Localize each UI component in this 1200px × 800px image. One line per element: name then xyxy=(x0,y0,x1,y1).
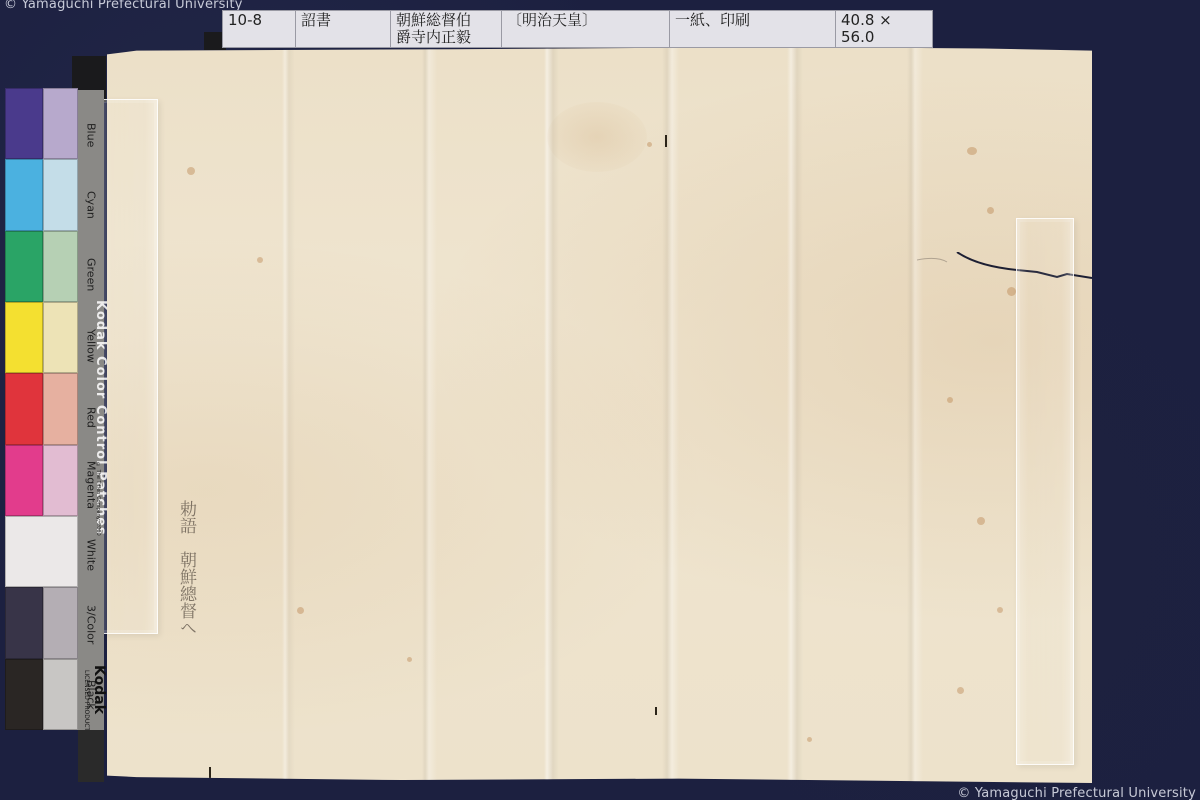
foxing-spot xyxy=(967,147,977,155)
catalog-format: 一紙、印刷 xyxy=(670,11,836,48)
catalog-size: 40.8 × 56.0 xyxy=(836,11,933,48)
foxing-spot xyxy=(997,607,1003,613)
color-control-patches xyxy=(5,88,78,730)
copyright-watermark-bottom: © Yamaguchi Prefectural University xyxy=(957,786,1196,800)
swatch-yellow-light xyxy=(43,302,78,373)
chrysanthemum-emblem-faint xyxy=(547,102,647,172)
label-green: Green xyxy=(80,250,102,300)
swatch-blue-light xyxy=(43,88,78,159)
catalog-doc-type: 詔書 xyxy=(296,11,391,48)
label-3color: 3/Color xyxy=(80,595,102,655)
swatch-green-light xyxy=(43,231,78,302)
paper-nick xyxy=(655,707,657,715)
paper-nick xyxy=(209,767,211,779)
copyright-watermark-top: © Yamaguchi Prefectural University xyxy=(4,0,243,12)
swatch-black-dark xyxy=(5,659,43,730)
licensed-product-text: LICENSED PRODUCT xyxy=(83,670,90,731)
foxing-spot xyxy=(957,687,964,694)
swatch-green-dark xyxy=(5,231,43,302)
foxing-spot xyxy=(647,142,652,147)
swatch-red-light xyxy=(43,373,78,444)
swatch-3color-light xyxy=(43,587,78,658)
swatch-red-dark xyxy=(5,373,43,444)
document-sheet xyxy=(107,47,1092,783)
swatch-magenta-dark xyxy=(5,445,43,516)
foxing-spot xyxy=(297,607,304,614)
catalog-issuer: 〔明治天皇〕 xyxy=(502,11,670,48)
swatch-yellow-dark xyxy=(5,302,43,373)
label-cyan: Cyan xyxy=(80,180,102,230)
handwritten-annotation: 勅語 朝鮮總督へ xyxy=(175,500,197,636)
foxing-spot xyxy=(987,207,994,214)
swatch-black-light xyxy=(43,659,78,730)
label-blue: Blue xyxy=(80,110,102,160)
swatch-magenta-light xyxy=(43,445,78,516)
swatch-cyan-light xyxy=(43,159,78,230)
foxing-spot xyxy=(407,657,412,662)
color-target-black-tab xyxy=(78,730,104,782)
foxing-spot xyxy=(977,517,985,525)
foxing-spot xyxy=(187,167,195,175)
swatch-cyan-dark xyxy=(5,159,43,230)
glass-weight-right xyxy=(1016,218,1074,765)
swatch-blue-dark xyxy=(5,88,43,159)
foxing-spot xyxy=(1007,287,1016,296)
catalog-recipient: 朝鮮総督伯 爵寺内正毅 xyxy=(391,11,502,48)
kodak-logo: Kodak xyxy=(91,665,107,714)
foxing-spot xyxy=(807,737,812,742)
swatch-3color-dark xyxy=(5,587,43,658)
label-white: White xyxy=(80,530,102,580)
catalog-label: 10-8 詔書 朝鮮総督伯 爵寺内正毅 〔明治天皇〕 一紙、印刷 40.8 × … xyxy=(222,10,933,48)
foxing-spot xyxy=(947,397,953,403)
paper-nick xyxy=(665,135,667,147)
swatch-white xyxy=(5,516,78,587)
foxing-spot xyxy=(257,257,263,263)
color-target-copyright: © The Tiffen Company, 2000 xyxy=(95,462,101,536)
catalog-number: 10-8 xyxy=(223,11,296,48)
catalog-row: 10-8 詔書 朝鮮総督伯 爵寺内正毅 〔明治天皇〕 一紙、印刷 40.8 × … xyxy=(223,11,933,48)
